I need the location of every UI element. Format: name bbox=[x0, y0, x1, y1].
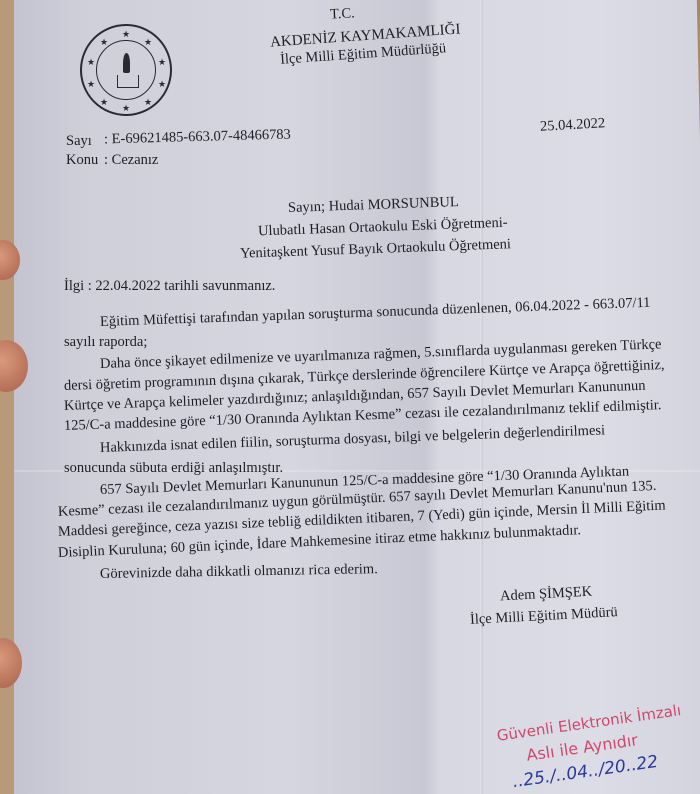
meb-seal-icon: ★ ★ ★ ★ ★ ★ ★ ★ ★ ★ bbox=[80, 24, 172, 116]
ilgi-line: İlgi : 22.04.2022 tarihli savunmanız. bbox=[64, 278, 275, 295]
document-date: 25.04.2022 bbox=[540, 115, 606, 135]
konu-value: : Cezanız bbox=[104, 152, 158, 169]
body-line: sayılı raporda; bbox=[64, 334, 147, 351]
header-tc: T.C. bbox=[330, 5, 356, 23]
konu-label: Konu bbox=[66, 152, 98, 169]
body-line: sonucunda sübuta erdiği anlaşılmıştır. bbox=[64, 460, 283, 477]
sayi-label: Sayı bbox=[66, 133, 92, 150]
